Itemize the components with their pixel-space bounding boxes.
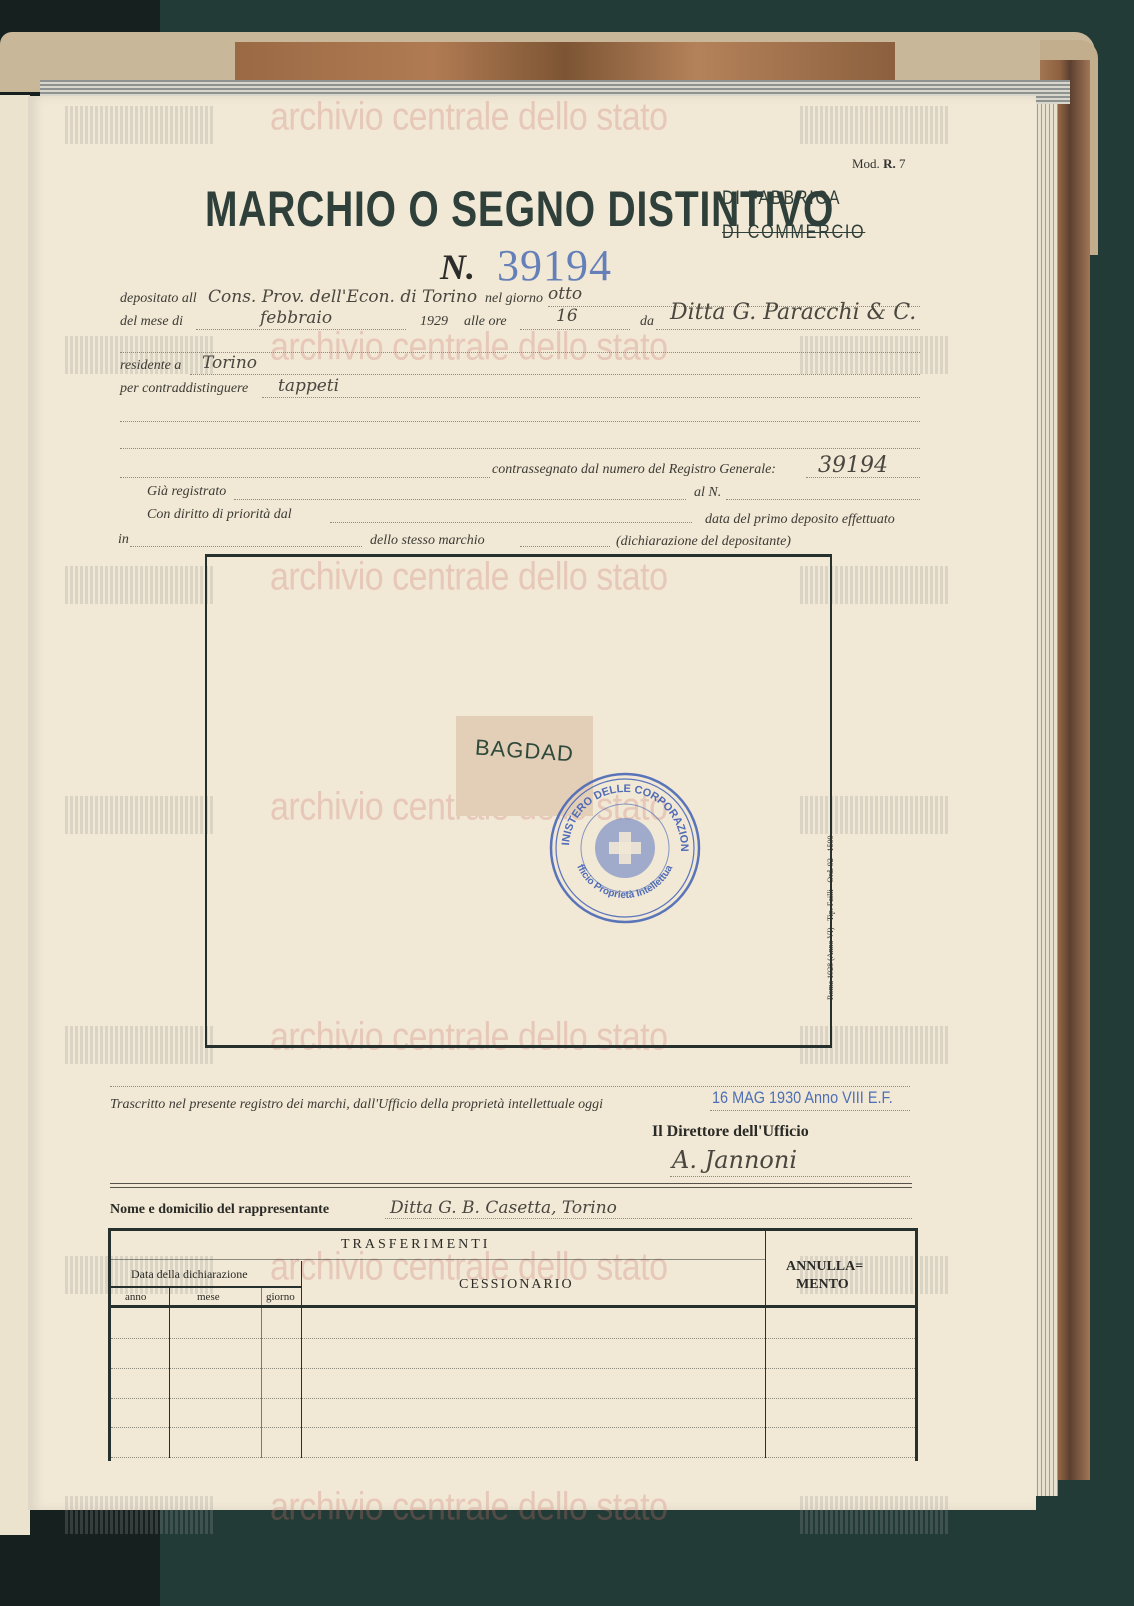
priority-dotted-line [330, 522, 692, 523]
to-distinguish-label: per contraddistinguere [120, 381, 248, 397]
general-register-label: contrassegnato dal numero del Registro G… [492, 462, 776, 478]
table-row [111, 1398, 915, 1399]
watermark-text: archivio centrale dello stato [270, 325, 668, 370]
blank-dotted-line [110, 1086, 910, 1087]
declaration-label: (dichiarazione del depositante) [616, 534, 791, 550]
in-dotted-line [130, 546, 362, 547]
hour-value: 16 [556, 306, 578, 326]
in-label: in [118, 532, 129, 548]
table-row [111, 1368, 915, 1369]
watermark-logo [800, 336, 950, 374]
model-code: Mod. R. 7 [852, 156, 905, 172]
director-signature: A. Jannoni [672, 1146, 797, 1174]
transcription-dotted-line [710, 1110, 910, 1111]
mese-giorno-divider [261, 1287, 262, 1458]
by-label: da [640, 314, 654, 330]
signature-dotted-line [670, 1176, 910, 1177]
assignee-header: CESSIONARIO [459, 1277, 574, 1293]
left-page-edge [0, 95, 30, 1535]
table-row [111, 1427, 915, 1428]
watermark-logo [65, 106, 215, 144]
watermark-logo [65, 1026, 215, 1064]
cancellation-column-divider [765, 1231, 766, 1458]
already-registered-dotted-line [234, 499, 686, 500]
deposited-at-label: depositato all [120, 291, 197, 307]
date-assignee-divider [301, 1261, 302, 1305]
by-dotted-line [656, 329, 920, 330]
month-label: del mese di [120, 314, 183, 330]
watermark-logo [65, 796, 215, 834]
blank-dotted-line [120, 421, 920, 422]
cancellation-header-line2: MENTO [796, 1277, 849, 1293]
transcription-label: Trascritto nel presente registro dei mar… [110, 1097, 603, 1113]
type-commercio-struck: DI COMMERCIO [722, 222, 865, 244]
resident-label: residente a [120, 358, 181, 374]
by-value: Ditta G. Paracchi & C. [670, 300, 916, 325]
date-group-divider [111, 1286, 301, 1288]
resident-dotted-line [190, 374, 920, 375]
resident-value: Torino [202, 353, 257, 373]
watermark-logo [800, 106, 950, 144]
year-value: 1929 [420, 314, 448, 330]
same-mark-label: dello stesso marchio [370, 533, 485, 549]
to-distinguish-value: tappeti [278, 376, 339, 396]
section-divider [110, 1183, 912, 1188]
hour-dotted-line [520, 329, 630, 330]
watermark-logo [65, 566, 215, 604]
date-group-label: Data della dichiarazione [131, 1267, 248, 1282]
watermark-logo [800, 1496, 950, 1534]
col-mese: mese [197, 1291, 220, 1303]
priority-label: Con diritto di priorità dal [147, 507, 292, 523]
hour-label: alle ore [464, 314, 507, 330]
already-registered-label: Già registrato [147, 484, 226, 500]
printer-imprint: Roma 1928 (Anno VI) - Tip. Failli - Ord.… [826, 835, 835, 1000]
number-label: N. [440, 246, 475, 288]
ministry-seal-stamp: MINISTERO DELLE CORPORAZIONI Ufficio Pro… [547, 770, 703, 926]
first-deposit-label: data del primo deposito effettuato [705, 512, 895, 528]
transfers-table: TRASFERIMENTI Data della dichiarazione a… [108, 1228, 918, 1461]
register-dotted-line [806, 477, 920, 478]
month-dotted-line [196, 329, 406, 330]
register-leader-dotted-line [120, 477, 490, 478]
deposited-at-value: Cons. Prov. dell'Econ. di Torino [208, 287, 477, 307]
table-row [111, 1338, 915, 1339]
type-fabbrica: DI FABBRICA [722, 188, 841, 210]
same-mark-dotted-line [520, 546, 610, 547]
giorno-assignee-divider [301, 1305, 302, 1458]
director-label: Il Direttore dell'Ufficio [652, 1123, 809, 1141]
watermark-text: archivio centrale dello stato [270, 1485, 668, 1530]
representative-dotted-line [385, 1218, 912, 1219]
blank-dotted-line [120, 448, 920, 449]
col-giorno: giorno [266, 1291, 295, 1303]
anno-mese-divider [169, 1287, 170, 1458]
representative-label: Nome e domicilio del rappresentante [110, 1202, 329, 1218]
month-value: febbraio [260, 308, 332, 328]
col-anno: anno [125, 1291, 146, 1303]
date-stamp: 16 MAG 1930 Anno VIII E.F. [712, 1088, 893, 1108]
watermark-text: archivio centrale dello stato [270, 95, 668, 140]
title-divider [111, 1259, 765, 1260]
at-number-label: al N. [694, 485, 721, 501]
header-bottom-rule [111, 1305, 915, 1308]
transfers-title: TRASFERIMENTI [341, 1237, 490, 1253]
table-row [111, 1457, 915, 1458]
general-register-value: 39194 [818, 453, 888, 478]
to-distinguish-dotted-line [262, 397, 920, 398]
cancellation-header-line1: ANNULLA= [786, 1259, 863, 1275]
at-number-dotted-line [726, 499, 920, 500]
day-label: nel giorno [485, 291, 543, 307]
day-value: otto [548, 284, 582, 304]
watermark-logo [65, 1496, 215, 1534]
representative-value: Ditta G. B. Casetta, Torino [390, 1198, 617, 1218]
